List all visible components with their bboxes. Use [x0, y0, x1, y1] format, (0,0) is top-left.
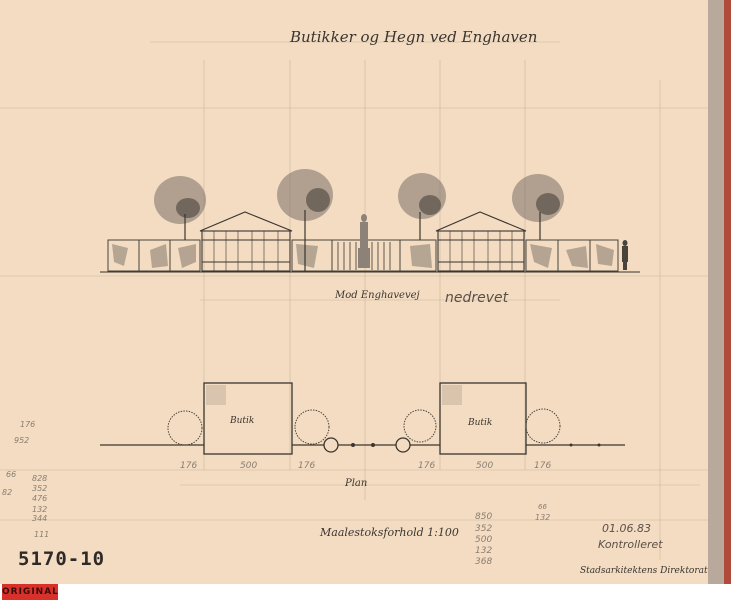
date: 01.06.83 [602, 522, 651, 535]
calc-left-2: 952 [14, 436, 29, 445]
calc-left-7: 476 [32, 494, 47, 503]
calc-left-1: 176 [20, 420, 35, 429]
dim-6: 176 [534, 461, 551, 471]
calc-left-4: 82 [2, 488, 12, 497]
calc-center-1: 850 [475, 512, 492, 522]
dim-2: 500 [240, 461, 257, 471]
dim-1: 176 [180, 461, 197, 471]
original-badge: ORIGINAL [2, 584, 58, 600]
dim-4: 176 [418, 461, 435, 471]
calc-left-9: 344 [32, 514, 47, 523]
archive-number: 5170-10 [18, 548, 105, 570]
shop-label-left: Butik [230, 416, 254, 426]
calc-left-5: 828 [32, 474, 47, 484]
calc-right-1: 66 [538, 503, 547, 511]
calc-left-6: 352 [32, 484, 47, 493]
dim-3: 176 [298, 461, 315, 471]
status-note: nedrevet [445, 290, 508, 306]
calc-left-8: 132 [32, 505, 47, 514]
calc-center-3: 500 [475, 535, 492, 545]
shop-label-right: Butik [468, 418, 492, 428]
scale-label: Maalestoksforhold 1:100 [320, 526, 459, 539]
calc-center-2: 352 [475, 524, 492, 534]
calc-left-10: 111 [34, 530, 49, 539]
calc-center-4: 132 [475, 546, 492, 556]
signature: Stadsarkitektens Direktorat [580, 566, 708, 576]
check-note: Kontrolleret [598, 538, 663, 551]
dim-5: 500 [476, 461, 493, 471]
calc-left-3: 66 [6, 470, 16, 479]
calc-center-5: 368 [475, 557, 492, 567]
elevation-label: Mod Enghavevej [335, 290, 420, 301]
calc-right-2: 132 [535, 513, 550, 522]
drawing-title: Butikker og Hegn ved Enghaven [290, 28, 537, 46]
plan-label: Plan [345, 478, 367, 489]
